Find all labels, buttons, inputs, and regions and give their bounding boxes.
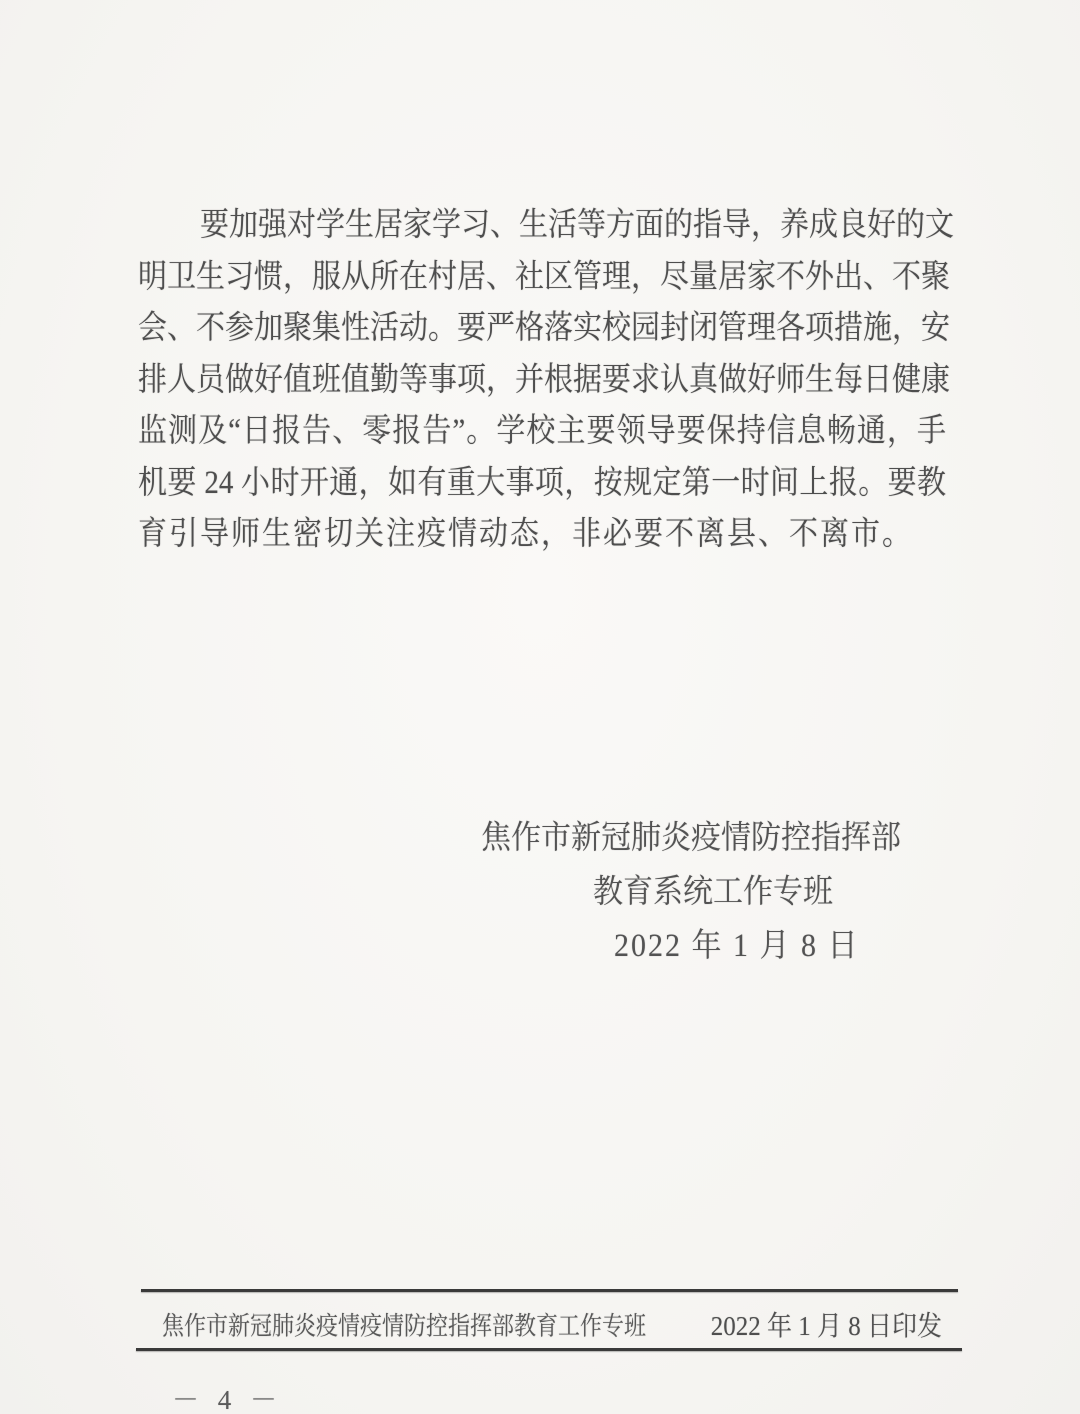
paragraph-line: 明卫生习惯，服从所在村居、社区管理，尽量居家不外出、不聚 — [138, 248, 946, 306]
paragraph-line: 会、不参加聚集性活动。要严格落实校园封闭管理各项措施，安 — [138, 300, 946, 358]
footer-row: 焦作市新冠肺炎疫情疫情防控指挥部教育工作专班 2022 年 1 月 8 日印发 — [162, 1306, 942, 1342]
footer-print-date: 2022 年 1 月 8 日印发 — [711, 1304, 942, 1344]
paragraph-line: 机要 24 小时开通，如有重大事项，按规定第一时间上报。要教 — [138, 454, 946, 512]
paragraph-line: 监测及“日报告、零报告”。学校主要领导要保持信息畅通，手 — [138, 403, 946, 461]
signature-organization: 焦作市新冠肺炎疫情防控指挥部 — [481, 810, 901, 858]
signature-department: 教育系统工作专班 — [593, 864, 833, 912]
paragraph-line: 要加强对学生居家学习、生活等方面的指导，养成良好的文 — [138, 197, 946, 255]
footer-issuer: 焦作市新冠肺炎疫情疫情防控指挥部教育工作专班 — [162, 1306, 646, 1342]
footer-divider-top — [141, 1289, 958, 1292]
footer-divider-bottom — [136, 1348, 962, 1351]
page-number: － 4 － — [172, 1378, 283, 1414]
paragraph-line: 排人员做好值班值勤等事项，并根据要求认真做好师生每日健康 — [138, 351, 946, 409]
body-paragraph: 要加强对学生居家学习、生活等方面的指导，养成良好的文 明卫生习惯，服从所在村居、… — [138, 200, 946, 561]
signature-date: 2022 年 1 月 8 日 — [614, 918, 860, 966]
paragraph-line: 育引导师生密切关注疫情动态，非必要不离县、不离市。 — [138, 506, 946, 564]
scanned-document-page: 要加强对学生居家学习、生活等方面的指导，养成良好的文 明卫生习惯，服从所在村居、… — [0, 0, 1080, 1414]
